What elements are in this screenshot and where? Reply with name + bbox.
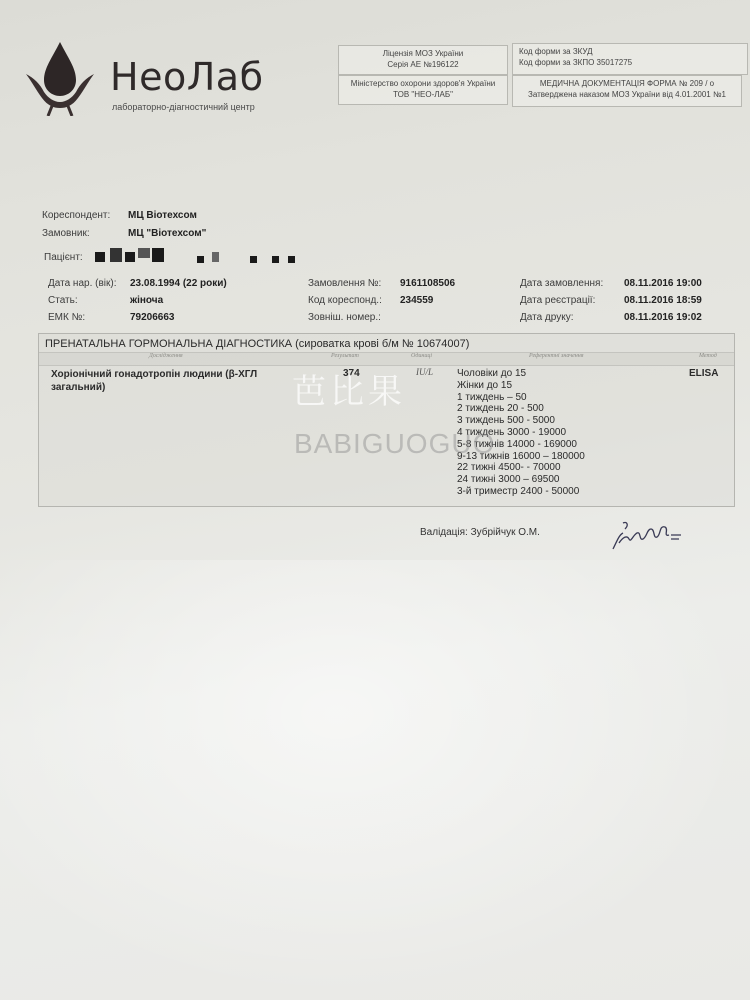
- column-header-reference: Референтні значення: [529, 353, 584, 359]
- ext-num-label: Зовніш. номер.:: [308, 312, 381, 323]
- reg-date-label: Дата реєстрації:: [520, 295, 595, 306]
- column-header-test: Дослідження: [149, 353, 183, 359]
- birth-value: 23.08.1994 (22 роки): [130, 278, 227, 289]
- license-line1: Ліцензія МОЗ України: [339, 48, 507, 59]
- paper-glare: [0, 560, 750, 1000]
- emk-label: ЕМК №:: [48, 312, 85, 323]
- column-header-method: Метод: [699, 353, 717, 359]
- reference-value: 22 тижні 4500- - 70000: [457, 462, 585, 474]
- print-date-value: 08.11.2016 19:02: [624, 312, 702, 323]
- logo-subtitle: лабораторно-діагностичний центр: [112, 102, 255, 112]
- customer-value: МЦ "Віотехсом": [128, 228, 206, 239]
- test-method: ELISA: [689, 368, 718, 379]
- license-line2: Серія АЕ №196122: [339, 59, 507, 70]
- ministry-box: Міністерство охорони здоров'я України ТО…: [338, 75, 508, 105]
- reference-value: 2 тиждень 20 - 500: [457, 403, 585, 415]
- corr-code-value: 234559: [400, 295, 433, 306]
- form-code-zkpo: Код форми за ЗКПО 35017275: [519, 57, 747, 68]
- results-section: ПРЕНАТАЛЬНА ГОРМОНАЛЬНА ДІАГНОСТИКА (сир…: [38, 333, 735, 507]
- correspondent-value: МЦ Віотехсом: [128, 210, 197, 221]
- order-date-value: 08.11.2016 19:00: [624, 278, 702, 289]
- med-doc-box: МЕДИЧНА ДОКУМЕНТАЦІЯ ФОРМА № 209 / о Зат…: [512, 75, 742, 107]
- reg-date-value: 08.11.2016 18:59: [624, 295, 702, 306]
- watermark-cn: 芭比果: [292, 364, 406, 413]
- column-header-unit: Одиниці: [411, 353, 432, 359]
- signature-icon: [605, 515, 685, 555]
- test-unit: IU/L: [416, 367, 433, 377]
- order-date-label: Дата замовлення:: [520, 278, 603, 289]
- reference-value: 1 тиждень – 50: [457, 392, 585, 404]
- logo-name: НеоЛаб: [110, 55, 264, 99]
- corr-code-label: Код кореспонд.:: [308, 295, 382, 306]
- form-code-box: Код форми за ЗКУД Код форми за ЗКПО 3501…: [512, 43, 748, 75]
- print-date-label: Дата друку:: [520, 312, 573, 323]
- med-doc-line1: МЕДИЧНА ДОКУМЕНТАЦІЯ ФОРМА № 209 / о: [513, 78, 741, 89]
- reference-value: Чоловіки до 15: [457, 368, 585, 380]
- reference-value: 3-й триместр 2400 - 50000: [457, 486, 585, 498]
- birth-label: Дата нар. (вік):: [48, 278, 116, 289]
- emk-value: 79206663: [130, 312, 175, 323]
- sex-value: жіноча: [130, 295, 163, 306]
- validation-label: Валідація: Зубрійчук О.М.: [420, 527, 540, 538]
- customer-label: Замовник:: [42, 228, 90, 239]
- sex-label: Стать:: [48, 295, 78, 306]
- drop-with-hands-icon: [22, 40, 102, 116]
- reference-value: Жінки до 15: [457, 380, 585, 392]
- reference-value: 24 тижні 3000 – 69500: [457, 474, 585, 486]
- test-name: Хоріонічний гонадотропін людини (β-ХГЛ з…: [51, 368, 301, 394]
- correspondent-label: Кореспондент:: [42, 210, 110, 221]
- reference-value: 3 тиждень 500 - 5000: [457, 415, 585, 427]
- order-value: 9161108506: [400, 278, 455, 289]
- form-code-zkud: Код форми за ЗКУД: [519, 46, 747, 57]
- order-label: Замовлення №:: [308, 278, 381, 289]
- patient-label: Пацієнт:: [44, 252, 83, 263]
- ministry-line1: Міністерство охорони здоров'я України: [339, 78, 507, 89]
- license-box: Ліцензія МОЗ України Серія АЕ №196122: [338, 45, 508, 75]
- section-title: ПРЕНАТАЛЬНА ГОРМОНАЛЬНА ДІАГНОСТИКА (сир…: [45, 338, 469, 350]
- watermark-en: BABIGUOGUO: [294, 428, 495, 460]
- column-header-result: Результат: [331, 353, 359, 359]
- ministry-line2: ТОВ "НЕО-ЛАБ": [339, 89, 507, 100]
- med-doc-line2: Затверджена наказом МОЗ України від 4.01…: [513, 89, 741, 100]
- logo: НеоЛаб лабораторно-діагностичний центр: [22, 40, 262, 116]
